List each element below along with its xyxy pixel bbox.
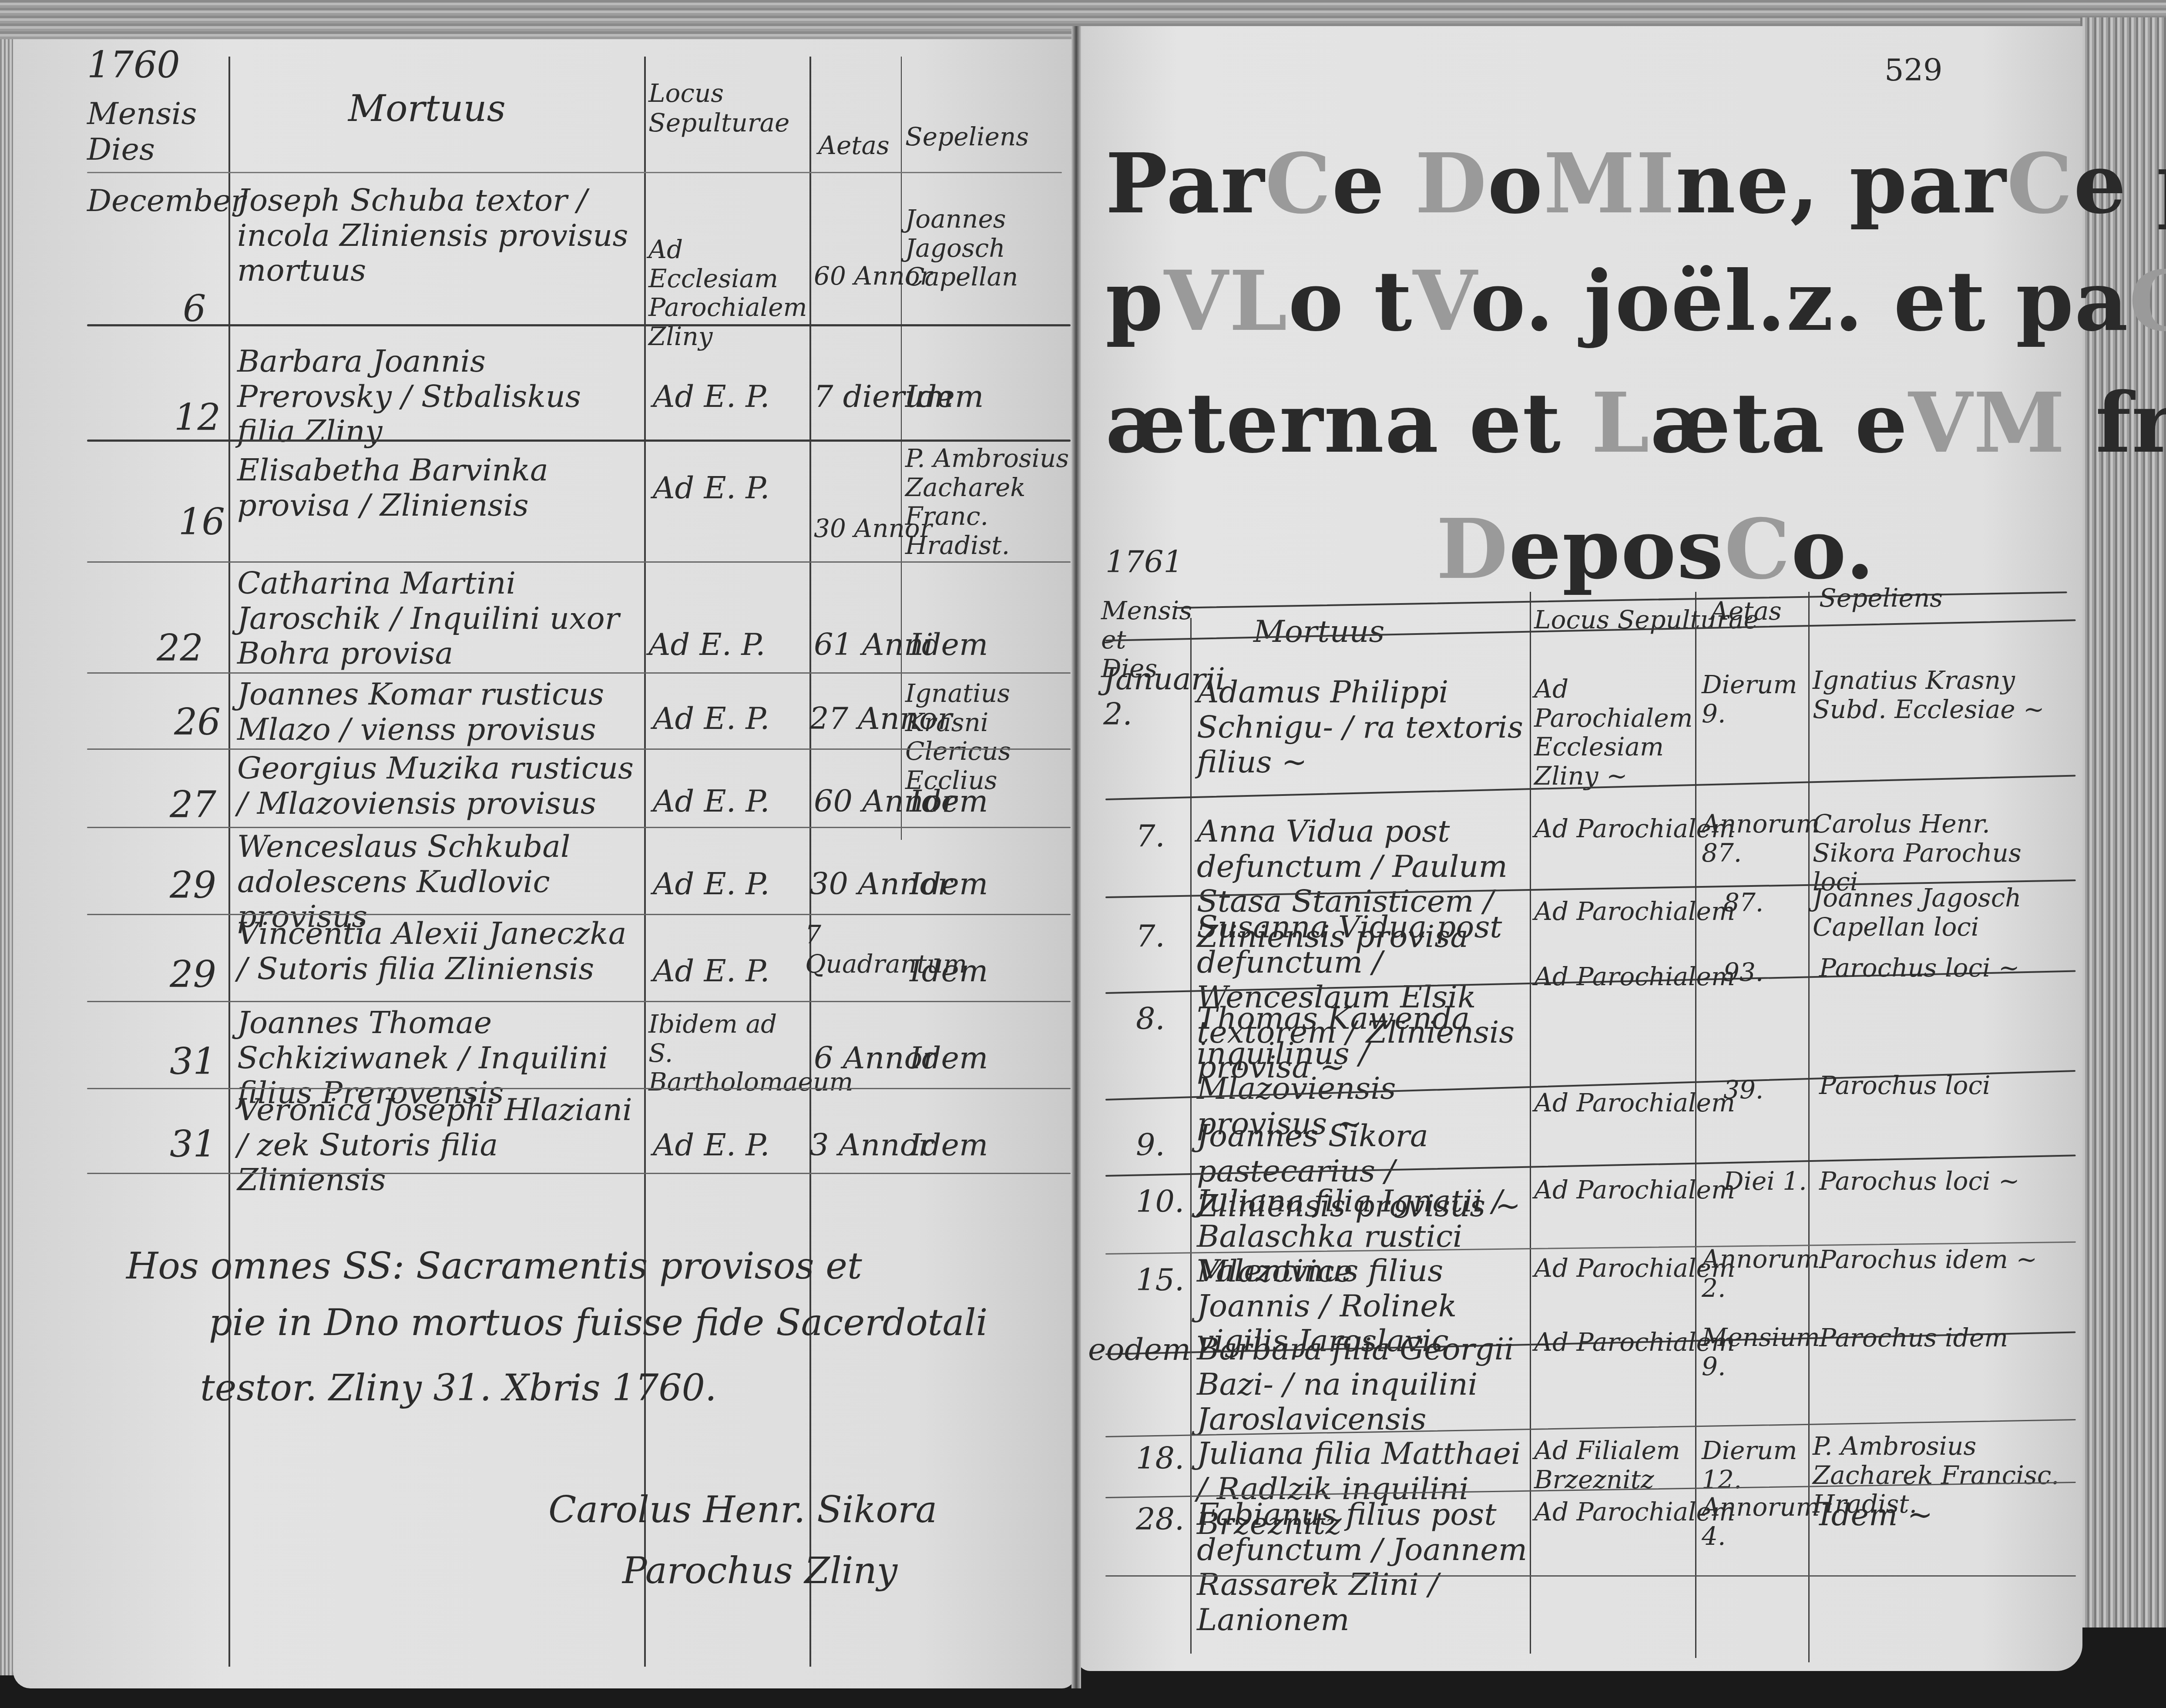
chronogram-numeral-letter: D — [1415, 135, 1488, 232]
chronogram-text: e — [1332, 135, 1415, 232]
chronogram-text: Par — [1105, 135, 1265, 232]
month-label: December — [87, 183, 245, 218]
chronogram-line-4: DeposCo. — [1436, 500, 1875, 597]
row-age: Dierum 9. — [1702, 670, 1806, 728]
chronogram-numeral-letter: D — [1436, 500, 1509, 597]
attestation-line-1: Hos omnes SS: Sacramentis provisos et — [126, 1245, 862, 1287]
row-buried-by: Parochus loci ~ — [1819, 953, 2020, 983]
attestation-line-3: testor. Zliny 31. Xbris 1760. — [200, 1366, 717, 1409]
row-day: 16 — [178, 500, 225, 543]
row-deceased: Georgius Muzika rusticus / Mlazoviensis … — [237, 751, 642, 821]
chronogram-numeral-letter: C — [1265, 135, 1332, 232]
row-divider — [87, 324, 1071, 326]
chronogram-numeral-letter: C — [2007, 135, 2073, 232]
row-day: 22 — [157, 627, 203, 669]
row-age: Diei 1. — [1723, 1166, 1807, 1196]
column-rule — [228, 57, 230, 1667]
row-day: 29 — [170, 953, 216, 996]
header-age: Aetas — [818, 131, 890, 160]
row-divider — [87, 1088, 1071, 1089]
row-buried-by: Idem — [905, 379, 984, 414]
row-buried-by: Ignatius Krasny Subd. Ecclesiae ~ — [1813, 666, 2074, 724]
chronogram-numeral-letter: VL — [1164, 252, 1288, 349]
row-buried-by: Parochus idem — [1819, 1323, 2008, 1352]
row-day: 31 — [170, 1040, 216, 1083]
row-day: 26 — [174, 701, 221, 743]
row-day: 9. — [1136, 1127, 1165, 1163]
row-deceased: Veronica Josephi Hlaziani / zek Sutoris … — [237, 1092, 642, 1198]
row-day: 8. — [1136, 1001, 1165, 1037]
column-rule — [644, 57, 646, 1667]
chronogram-numeral-letter: C — [2129, 252, 2166, 349]
row-buried-by: Ignatius Krasni Clericus Ecclius — [905, 679, 1062, 795]
chronogram-text: epos — [1509, 500, 1724, 597]
row-buried-by: Joannes Jagosch Capellan — [905, 205, 1062, 292]
row-buried-by: Idem ~ — [1819, 1497, 1933, 1533]
chronogram-numeral-letter: L — [1591, 374, 1650, 471]
row-day: 6 — [183, 287, 206, 330]
row-buried-by: Idem — [910, 1127, 988, 1163]
row-age: 7 Quadrantum — [805, 920, 901, 978]
chronogram-line-1: ParCe DoMIne, parCe po — [1105, 135, 2166, 232]
header-divider — [87, 172, 1062, 173]
header-age: Aetas — [1710, 596, 1782, 626]
row-deceased: Barbara filia Georgii Bazi- / na inquili… — [1197, 1332, 1528, 1437]
row-deceased: Adamus Philippi Schnigu- / ra textoris f… — [1197, 674, 1528, 780]
row-age: 93. — [1723, 957, 1763, 987]
row-day: 28. — [1136, 1501, 1184, 1537]
chronogram-numeral-letter: VM — [1908, 374, 2066, 471]
signature-name: Carolus Henr. Sikora — [548, 1488, 937, 1531]
row-burial-place: Ad Parochialem — [1534, 1175, 1735, 1205]
row-day: eodem — [1088, 1332, 1191, 1367]
row-buried-by: Idem — [910, 1040, 988, 1076]
row-age: Annorum 4. — [1702, 1493, 1806, 1550]
chronogram-text: ne, par — [1676, 135, 2007, 232]
row-deceased: Elisabetha Barvinka provisa / Zliniensis — [237, 453, 642, 523]
header-deceased: Mortuus — [1253, 614, 1385, 649]
chronogram-text: e po — [2074, 135, 2166, 232]
row-burial-place: Ad Filialem Brzeznitz — [1534, 1436, 1691, 1494]
chronogram-text: p — [1105, 252, 1164, 349]
row-burial-place: Ad E. P. — [653, 379, 769, 414]
row-day: 31 — [170, 1123, 216, 1165]
row-day: 10. — [1136, 1184, 1184, 1219]
year-label: 1760 — [87, 44, 180, 86]
row-day: 18. — [1136, 1440, 1184, 1476]
chronogram-numeral-letter: MI — [1544, 135, 1676, 232]
row-divider — [87, 1173, 1071, 1174]
row-day: Januarii 2. — [1103, 661, 1190, 732]
row-burial-place: Ad E. P. — [653, 1127, 769, 1163]
chronogram-text: æterna et — [1105, 374, 1591, 471]
row-divider — [87, 440, 1071, 442]
row-deceased: Joannes Komar rusticus Mlazo / vienss pr… — [237, 677, 642, 747]
row-burial-place: Ad E. P. — [653, 953, 769, 989]
row-buried-by: Parochus idem ~ — [1819, 1245, 2037, 1274]
row-deceased: Vincentia Alexii Janeczka / Sutoris fili… — [237, 916, 642, 986]
row-divider — [87, 914, 1071, 915]
row-age: Mensium 9. — [1702, 1323, 1806, 1381]
chronogram-text: o t — [1288, 252, 1413, 349]
row-day: 7. — [1136, 818, 1165, 854]
row-buried-by: Joannes Jagosch Capellan loci — [1813, 883, 2074, 941]
chronogram-line-2: pVLo tVo. joël.z. et paCe — [1105, 252, 2166, 349]
row-burial-place: Ad E. P. — [653, 866, 769, 902]
row-divider — [87, 748, 1071, 750]
row-deceased: Joseph Schuba textor / incola Zliniensis… — [237, 183, 642, 288]
row-burial-place: Ad Parochialem — [1534, 1088, 1735, 1117]
year-label: 1761 — [1105, 544, 1183, 580]
header-deceased: Mortuus — [348, 87, 506, 130]
row-day: 7. — [1136, 918, 1165, 954]
column-rule — [1190, 618, 1192, 1654]
chronogram-numeral-letter: V — [1413, 252, 1471, 349]
row-divider — [87, 1001, 1071, 1002]
row-burial-place: Ad Ecclesiam Parochialem Zliny — [648, 235, 805, 351]
chronogram-text: æta e — [1650, 374, 1908, 471]
row-day: 27 — [170, 783, 216, 826]
row-deceased: Barbara Joannis Prerovsky / Stbaliskus f… — [237, 344, 642, 449]
row-day: 12 — [174, 396, 221, 439]
row-burial-place: Ad Parochialem — [1534, 896, 1735, 926]
row-age: Annorum 87. — [1702, 809, 1806, 867]
row-buried-by: Idem — [910, 953, 988, 989]
chronogram-numeral-letter: C — [1724, 500, 1791, 597]
column-rule — [1530, 592, 1531, 1654]
row-divider — [87, 561, 1071, 563]
book-spine — [1071, 26, 1081, 1688]
chronogram-text: o. joël.z. et pa — [1471, 252, 2129, 349]
row-buried-by: Parochus loci — [1819, 1070, 1991, 1100]
row-age: Annorum 2. — [1702, 1245, 1806, 1302]
row-divider — [1105, 1575, 2076, 1577]
row-buried-by: Idem — [910, 627, 988, 662]
chronogram-line-3: æterna et Læta eVM frVI — [1105, 374, 2166, 471]
row-deceased: Catharina Martini Jaroschik / Inquilini … — [237, 566, 642, 671]
header-burial-place: Locus Sepulturae — [648, 78, 805, 138]
chronogram-text: o — [1488, 135, 1544, 232]
chronogram-text: fr — [2066, 374, 2166, 471]
row-burial-place: Ad E. P. — [653, 470, 769, 506]
row-buried-by: P. Ambrosius Zacharek Franc. Hradist. — [905, 444, 1071, 560]
row-age: 39. — [1723, 1075, 1763, 1104]
row-age: 87. — [1723, 888, 1763, 917]
row-burial-place: Ad E. P. — [648, 627, 765, 662]
row-buried-by: Idem — [910, 866, 988, 902]
row-deceased: Fabianus filius post defunctum / Joannem… — [1197, 1497, 1528, 1637]
row-burial-place: Ad E. P. — [653, 783, 769, 819]
column-rule — [809, 57, 811, 1667]
attestation-line-2: pie in Dno mortuos fuisse fide Sacerdota… — [209, 1301, 987, 1344]
row-day: 29 — [170, 864, 216, 906]
header-buried-by: Sepeliens — [1819, 583, 1943, 613]
header-date: Mensis Dies — [87, 96, 218, 167]
row-age: Dierum 12. — [1702, 1436, 1806, 1494]
header-buried-by: Sepeliens — [905, 122, 1029, 151]
row-burial-place: Ad Parochialem — [1534, 962, 1735, 991]
signature-title: Parochus Zliny — [622, 1549, 897, 1592]
row-buried-by: Parochus loci ~ — [1819, 1166, 2020, 1196]
row-day: 15. — [1136, 1262, 1184, 1298]
row-divider — [87, 672, 1071, 674]
row-burial-place: Ad Parochialem Ecclesiam Zliny ~ — [1534, 674, 1691, 791]
page-number: 529 — [1884, 52, 1943, 88]
row-buried-by: Idem — [910, 783, 988, 819]
row-burial-place: Ibidem ad S. Bartholomaeum — [648, 1010, 805, 1097]
row-burial-place: Ad E. P. — [653, 701, 769, 736]
row-divider — [87, 827, 1071, 828]
